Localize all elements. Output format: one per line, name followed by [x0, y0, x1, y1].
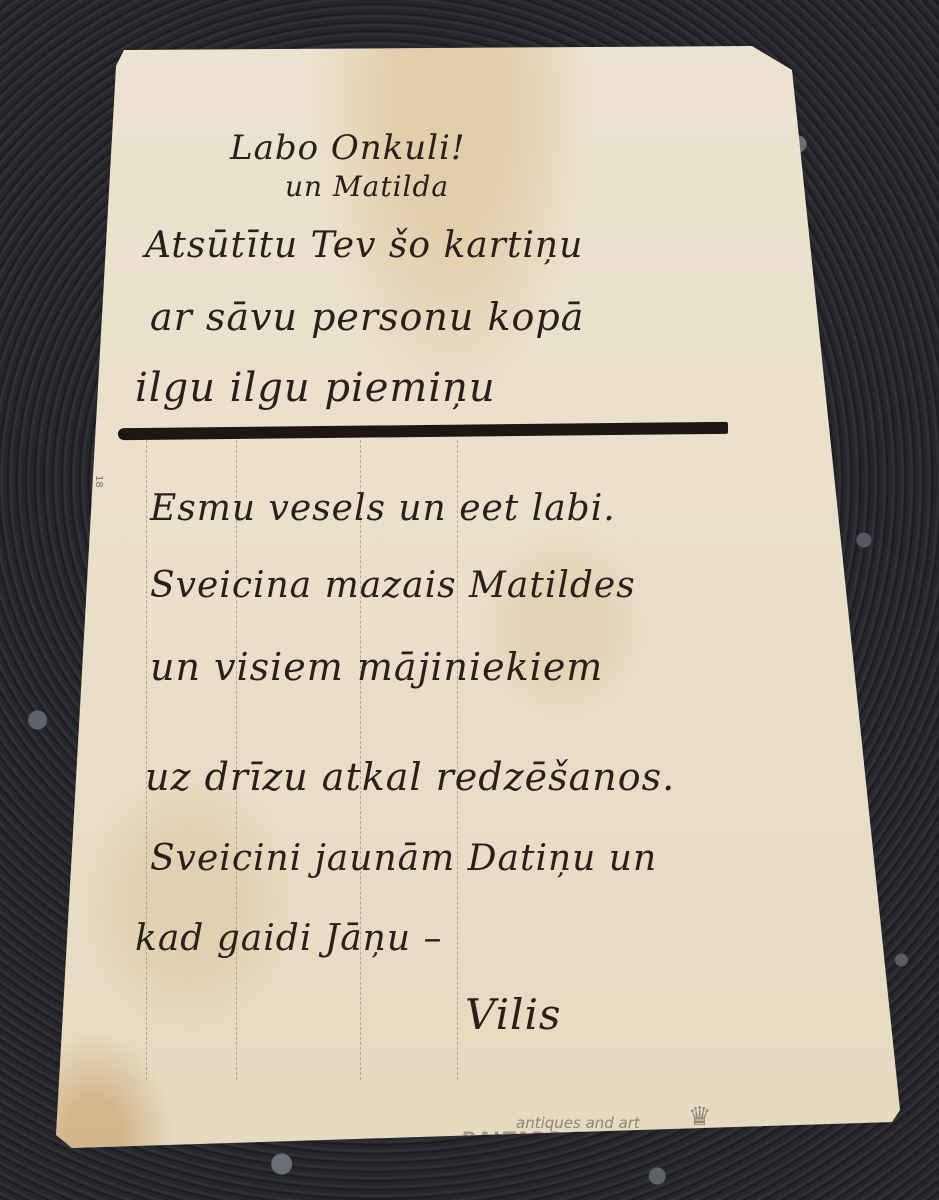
handwriting-line-3: Atsūtītu Tev šo kartiņu: [145, 225, 583, 266]
signature: Vilis: [465, 990, 561, 1039]
handwriting-line-5: ilgu ilgu piemiņu: [135, 365, 496, 411]
handwriting-line-6: Esmu vesels un eet labi.: [150, 488, 616, 529]
postcard: 18 Labo Onkuli! un Matilda Atsūtītu Tev …: [0, 0, 939, 1200]
printed-number: 18: [93, 475, 104, 488]
ink-strikethrough: [118, 422, 728, 440]
handwriting-line-11: kad gaidi Jāņu –: [135, 918, 443, 959]
crown-icon: ♛: [688, 1102, 718, 1132]
handwriting-line-2: un Matilda: [285, 170, 449, 203]
handwriting-line-10: Sveicini jaunām Datiņu un: [150, 838, 657, 879]
handwriting-line-7: Sveicina mazais Matildes: [150, 565, 636, 606]
handwriting-line-9: uz drīzu atkal redzēšanos.: [145, 755, 675, 799]
handwriting-line-4: ar sāvu personu kopā: [150, 295, 584, 339]
handwriting-line-8: un visiem mājiniekiem: [150, 645, 603, 689]
handwriting-line-1: Labo Onkuli!: [230, 128, 466, 168]
